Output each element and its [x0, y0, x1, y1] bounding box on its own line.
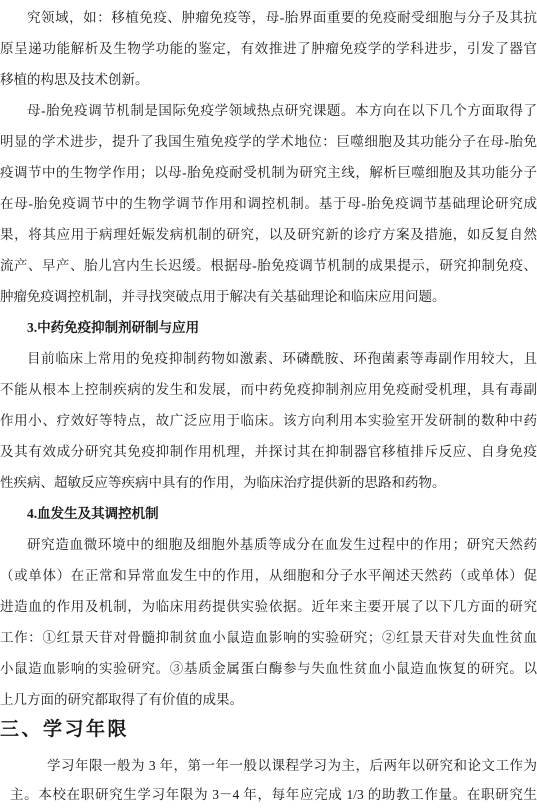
text-line: （或单体）在正常和异常血发生中的作用，从细胞和分子水平阐述天然药（或单体）促 — [0, 560, 537, 591]
text-line: 目前临床上常用的免疫抑制药物如激素、环磷酰胺、环孢菌素等毒副作用较大，且 — [0, 343, 537, 374]
text-line: 及其有效成分研究其免疫抑制作用机理，并探讨其在抑制器官移植排斥反应、自身免疫 — [0, 436, 537, 467]
text-line: 作用小、疗效好等特点，故广泛应用于临床。该方向利用本实验室开发研制的数种中药 — [0, 405, 537, 436]
text-line: 移植的构思及技术创新。 — [0, 64, 537, 95]
text-line: 流产、早产、胎儿宫内生长迟缓。根据母-胎免疫调节机制的成果提示，研究抑制免疫、 — [0, 250, 537, 281]
text-line: 小鼠造血影响的实验研究。③基质金属蛋白酶参与失血性贫血小鼠造血恢复的研究。以 — [0, 653, 537, 684]
text-line: 在母-胎免疫调节中的生物学调节作用和调控机制。基于母-胎免疫调节基础理论研究成 — [0, 188, 537, 219]
text-line: 果，将其应用于病理妊娠发病机制的研究，以及研究新的诊疗方案及措施，如反复自然 — [0, 219, 537, 250]
paragraph-hematopoiesis: 研究造血微环境中的细胞及细胞外基质等成分在血发生过程中的作用；研究天然药 （或单… — [0, 529, 537, 715]
text-line: 学习年限一般为 3 年，第一年一般以课程学习为主，后两年以研究和论文工作为 — [10, 751, 537, 780]
paragraph-study-duration: 学习年限一般为 3 年，第一年一般以课程学习为主，后两年以研究和论文工作为 主。… — [10, 751, 537, 809]
paragraph-maternal-fetal-immune-regulation: 母-胎免疫调节机制是国际免疫学领域热点研究课题。本方向在以下几个方面取得了 明显… — [0, 95, 537, 312]
subheading-hematopoiesis: 4.血发生及其调控机制 — [0, 498, 537, 529]
paragraph-tcm-immunosuppressant: 目前临床上常用的免疫抑制药物如激素、环磷酰胺、环孢菌素等毒副作用较大，且 不能从… — [0, 343, 537, 498]
text-line: 主。本校在职研究生学习年限为 3－4 年，每年应完成 1/3 的助教工作量。在职… — [10, 780, 537, 809]
section-heading-study-duration: 三、学习年限 — [0, 715, 537, 745]
text-line: 进造血的作用及机制，为临床用药提供实验依据。近年来主要开展了以下几方面的研究 — [0, 591, 537, 622]
text-line: 明显的学术进步，提升了我国生殖免疫学的学术地位：巨噬细胞及其功能分子在母-胎免 — [0, 126, 537, 157]
subheading-tcm-immunosuppressant: 3.中药免疫抑制剂研制与应用 — [0, 312, 537, 343]
text-line: 研究造血微环境中的细胞及细胞外基质等成分在血发生过程中的作用；研究天然药 — [0, 529, 537, 560]
text-line: 母-胎免疫调节机制是国际免疫学领域热点研究课题。本方向在以下几个方面取得了 — [0, 95, 537, 126]
text-line: 上几方面的研究都取得了有价值的成果。 — [0, 684, 537, 715]
document-page: 究领域，如：移植免疫、肿瘤免疫等，母-胎界面重要的免疫耐受细胞与分子及其抗 原呈… — [0, 0, 537, 811]
paragraph-research-fields-continued: 究领域，如：移植免疫、肿瘤免疫等，母-胎界面重要的免疫耐受细胞与分子及其抗 原呈… — [0, 2, 537, 95]
text-line: 究领域，如：移植免疫、肿瘤免疫等，母-胎界面重要的免疫耐受细胞与分子及其抗 — [0, 2, 537, 33]
text-line: 不能从根本上控制疾病的发生和发展，而中药免疫抑制剂应用免疫耐受机理，具有毒副 — [0, 374, 537, 405]
text-line: 疫调节中的生物学作用；以母-胎免疫耐受机制为研究主线，解析巨噬细胞及其功能分子 — [0, 157, 537, 188]
text-line: 工作：①红景天苷对骨髓抑制贫血小鼠造血影响的实验研究；②红景天苷对失血性贫血 — [0, 622, 537, 653]
text-line: 性疾病、超敏反应等疾病中具有的作用，为临床治疗提供新的思路和药物。 — [0, 467, 537, 498]
text-line: 肿瘤免疫调控机制，并寻找突破点用于解决有关基础理论和临床应用问题。 — [0, 281, 537, 312]
text-line: 原呈递功能解析及生物学功能的鉴定，有效推进了肿瘤免疫学的学科进步，引发了器官 — [0, 33, 537, 64]
